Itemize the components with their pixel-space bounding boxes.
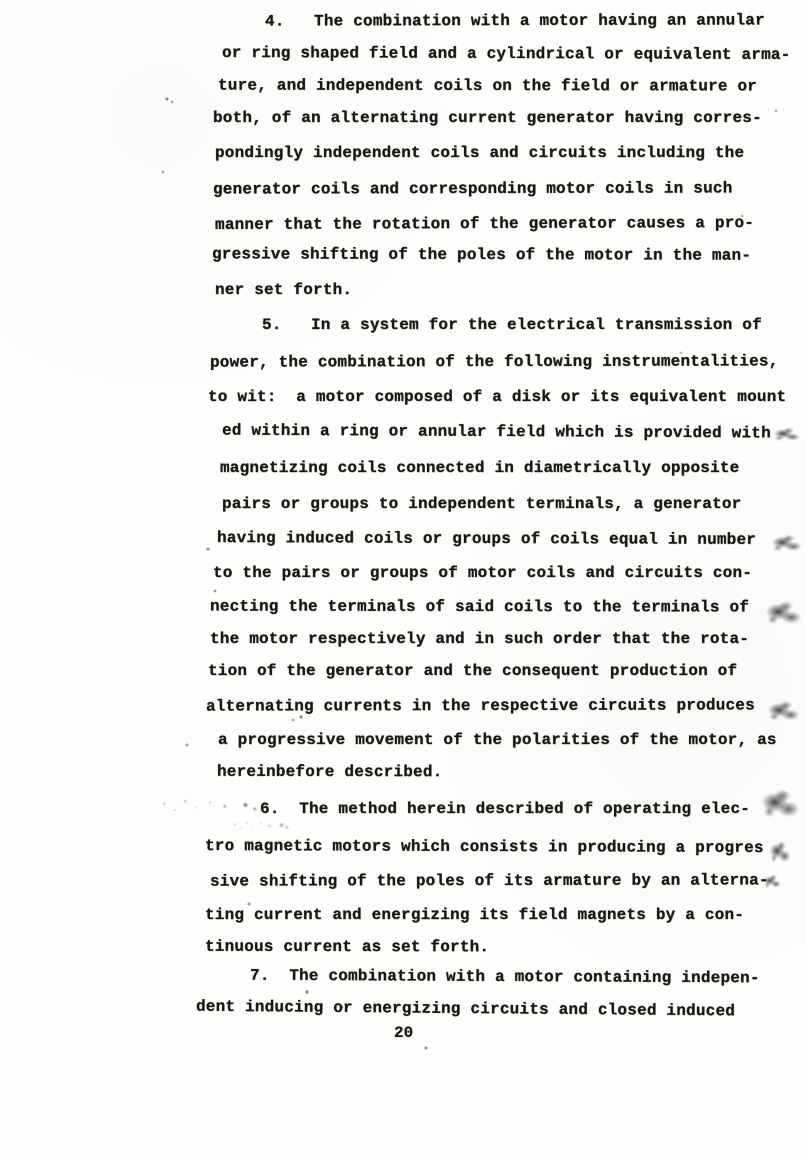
text-line: necting the terminals of said coils to t… (210, 598, 749, 618)
text-line: 4. The combination with a motor having a… (265, 11, 765, 31)
text-line: generator coils and corresponding motor … (213, 179, 733, 199)
text-line: gressive shifting of the poles of the mo… (212, 245, 751, 265)
text-line: both, of an alternating current generato… (213, 109, 762, 128)
text-line: magnetizing coils connected in diametric… (220, 459, 739, 478)
ink-smudge (772, 534, 804, 554)
text-line: a progressive movement of the polarities… (218, 731, 777, 750)
scanned-page: 4. The combination with a motor having a… (0, 0, 807, 1154)
ink-smudge (762, 788, 802, 822)
text-line: alternating currents in the respective c… (206, 696, 755, 716)
text-line: sive shifting of the poles of its armatu… (210, 871, 769, 891)
text-line: manner that the rotation of the generato… (215, 214, 754, 235)
text-line: pondingly independent coils and circuits… (215, 144, 744, 163)
ink-smudge (774, 427, 802, 443)
text-line: the motor respectively and in such order… (210, 630, 749, 649)
text-line: tro magnetic motors which consists in pr… (205, 837, 764, 858)
ink-smudge (770, 840, 792, 866)
text-line: or ring shaped field and a cylindrical o… (222, 44, 791, 65)
text-line: tion of the generator and the consequent… (208, 662, 737, 681)
text-line: to wit: a motor composed of a disk or it… (208, 388, 786, 407)
text-line: power, the combination of the following … (210, 352, 779, 372)
ink-smudge (156, 792, 260, 818)
text-line: ture, and independent coils on the field… (218, 77, 757, 97)
text-line: 6. The method herein described of operat… (260, 800, 750, 819)
text-line: 7. The combination with a motor containi… (250, 967, 760, 989)
text-line: ner set forth. (215, 281, 352, 300)
text-line: ting current and energizing its field ma… (205, 906, 744, 925)
text-line: having induced coils or groups of coils … (217, 529, 756, 550)
text-line: pairs or groups to independent terminals… (222, 495, 741, 514)
text-line: ed within a ring or annular field which … (222, 422, 771, 444)
ink-smudge (230, 818, 290, 832)
ink-smudge (766, 600, 804, 628)
text-line: hereinbefore described. (217, 763, 442, 782)
text-line: to the pairs or groups of motor coils an… (213, 564, 752, 583)
ink-smudge (768, 700, 802, 724)
text-line: 5. In a system for the electrical transm… (262, 316, 762, 335)
text-line: dent inducing or energizing circuits and… (196, 998, 735, 1022)
page-number: 20 (394, 1024, 413, 1042)
text-line: tinuous current as set forth. (205, 938, 489, 957)
ink-speck (0, 0, 2, 2)
